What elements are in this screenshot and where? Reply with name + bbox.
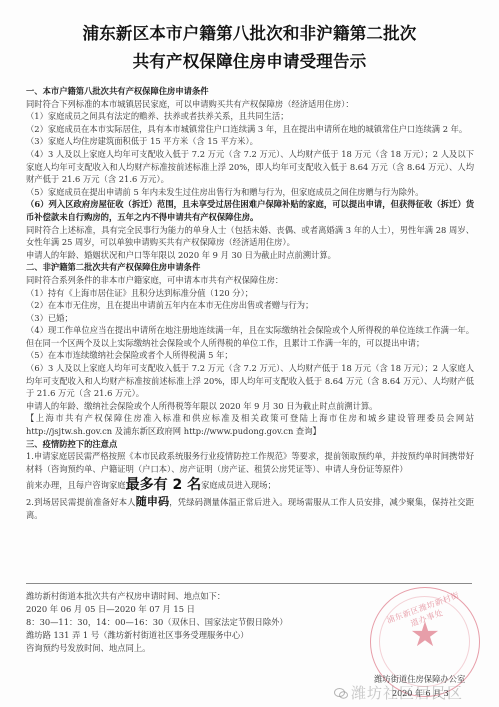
document-title-line1: 浦东新区本市户籍第八批次和非沪籍第二批次 xyxy=(0,20,499,44)
star-icon: ★ xyxy=(371,618,479,652)
section1-heading: 一、本市户籍第八批次共有产权保障住房申请条件 xyxy=(26,85,474,98)
item2-before: 2.到场居民需提前准备好本人 xyxy=(26,497,136,507)
section1-intro: 同时符合下列标准的本市城镇居民家庭，可以申请购买共有产权保障房（经济适用住房）： xyxy=(26,98,474,111)
section2-item-3: （3）已婚； xyxy=(26,312,474,325)
section2-heading: 二、非沪籍第二批次共有产权保障住房申请条件 xyxy=(26,261,474,274)
section3-item-1: 1.申请家庭居民需严格按照《本市民政系统服务行业疫情防控工作规范》等要求，提前领… xyxy=(26,450,474,475)
wechat-watermark: 潍坊社区居民区 xyxy=(334,682,463,703)
section2-item-5: （5）在本市连续缴纳社会保险或者个人所得税满 5 年； xyxy=(26,349,474,362)
section-divider xyxy=(26,583,472,584)
notice-page: 浦东新区本市户籍第八批次和非沪籍第二批次 共有产权保障住房申请受理告示 一、本市… xyxy=(0,0,499,707)
section1-item-6: （6）列入区政府房屋征收（拆迁）范围，且未享受过居住困难户保障补贴的家庭，可以提… xyxy=(26,198,474,223)
section1-item-5: （5）家庭成员在提出申请前 5 年内未发生过住房出售行为和赠与行为，但家庭成员之… xyxy=(26,186,474,199)
section1-single-note: 同时符合上述标准，具有完全民事行为能力的单身人士（包括未婚、丧偶、或者离婚满 3… xyxy=(26,224,474,249)
document-body: 一、本市户籍第八批次共有产权保障住房申请条件 同时符合下列标准的本市城镇居民家庭… xyxy=(26,85,474,521)
watermark-text: 潍坊社区居民区 xyxy=(351,684,463,702)
schedule-hours: 8：30—11：30，14：00—16：30（双休日、国家法定节假日除外） xyxy=(26,616,326,629)
section2-intro: 同时符合系列条件的非本市户籍家庭，可申请本市共有产权保障住房： xyxy=(26,274,474,287)
section3-item-2: 2.到场居民需提前准备好本人随申码，凭绿码测量体温正常后进入。现场需服从工作人员… xyxy=(26,496,474,521)
section1-item-2: （2）家庭成员在本市实际居住，具有本市城镇常住户口连续满 3 年，且在提出申请所… xyxy=(26,123,474,136)
section3-item-1-cont: 前来办理，且每户咨询家庭最多有 2 名家庭成员进入现场； xyxy=(26,479,474,492)
policy-link-note: 【上海市共有产权保障住房准入标准和供应标准及相关政策可登陆上海市住房和城乡建设管… xyxy=(26,412,474,437)
section1-item-3: （3）家庭人均住房建筑面积低于 15 平方米（含 15 平方米）。 xyxy=(26,135,474,148)
schedule-booking-note: 咨询预约号发放时间、地点同上。 xyxy=(26,642,326,655)
section2-item-6: （6）3 人及以上家庭人均年可支配收入低于 7.2 万元（含 7.2 万元）、人… xyxy=(26,362,474,400)
item1-cont-after: 家庭成员进入现场； xyxy=(201,480,276,490)
schedule-intro: 潍坊新村街道本批次共有产权房申请时间、地点如下： xyxy=(26,590,326,603)
section2-item-2: （2）在本市无住房，且在提出申请前五年内在本市无住房出售或者赠与行为； xyxy=(26,299,474,312)
max-two-people-emphasis: 最多有 2 名 xyxy=(126,477,202,493)
wechat-icon xyxy=(334,688,348,699)
section1-deadline-note: 申请人的年龄、婚姻状况和户口等年限以 2020 年 9 月 30 日为截止时点前… xyxy=(26,249,474,262)
section2-item-4: （4）现工作单位应当在提出申请所在地注册地连续满一年，且在实际缴纳社会保险或个人… xyxy=(26,324,474,349)
section1-item-1: （1）家庭成员之间具有法定的赡养、扶养或者扶养关系，且共同生活； xyxy=(26,110,474,123)
section2-item-1: （1）持有《上海市居住证》且积分达到标准分值（120 分）； xyxy=(26,287,474,300)
schedule-address: 潍坊路 131 弄 1 号（潍坊新村街道社区事务受理服务中心） xyxy=(26,629,326,642)
section2-deadline-note: 申请人的年龄、缴纳社会保险或个人所得税等年限以 2020 年 9 月 30 日为… xyxy=(26,400,474,413)
application-schedule: 潍坊新村街道本批次共有产权房申请时间、地点如下： 2020 年 06 月 05 … xyxy=(26,590,326,655)
suishenma-emphasis: 随申码 xyxy=(136,495,170,508)
item1-cont-before: 前来办理，且每户咨询家庭 xyxy=(26,480,126,490)
schedule-date-range: 2020 年 06 月 05 日—2020 年 07 月 15 日 xyxy=(26,603,326,616)
section1-item-4: （4）3 人及以上家庭人均年可支配收入低于 7.2 万元（含 7.2 万元）、人… xyxy=(26,148,474,186)
document-title-line2: 共有产权保障住房申请受理告示 xyxy=(0,48,499,72)
section3-heading: 三、疫情防控下的注意点 xyxy=(26,438,474,451)
